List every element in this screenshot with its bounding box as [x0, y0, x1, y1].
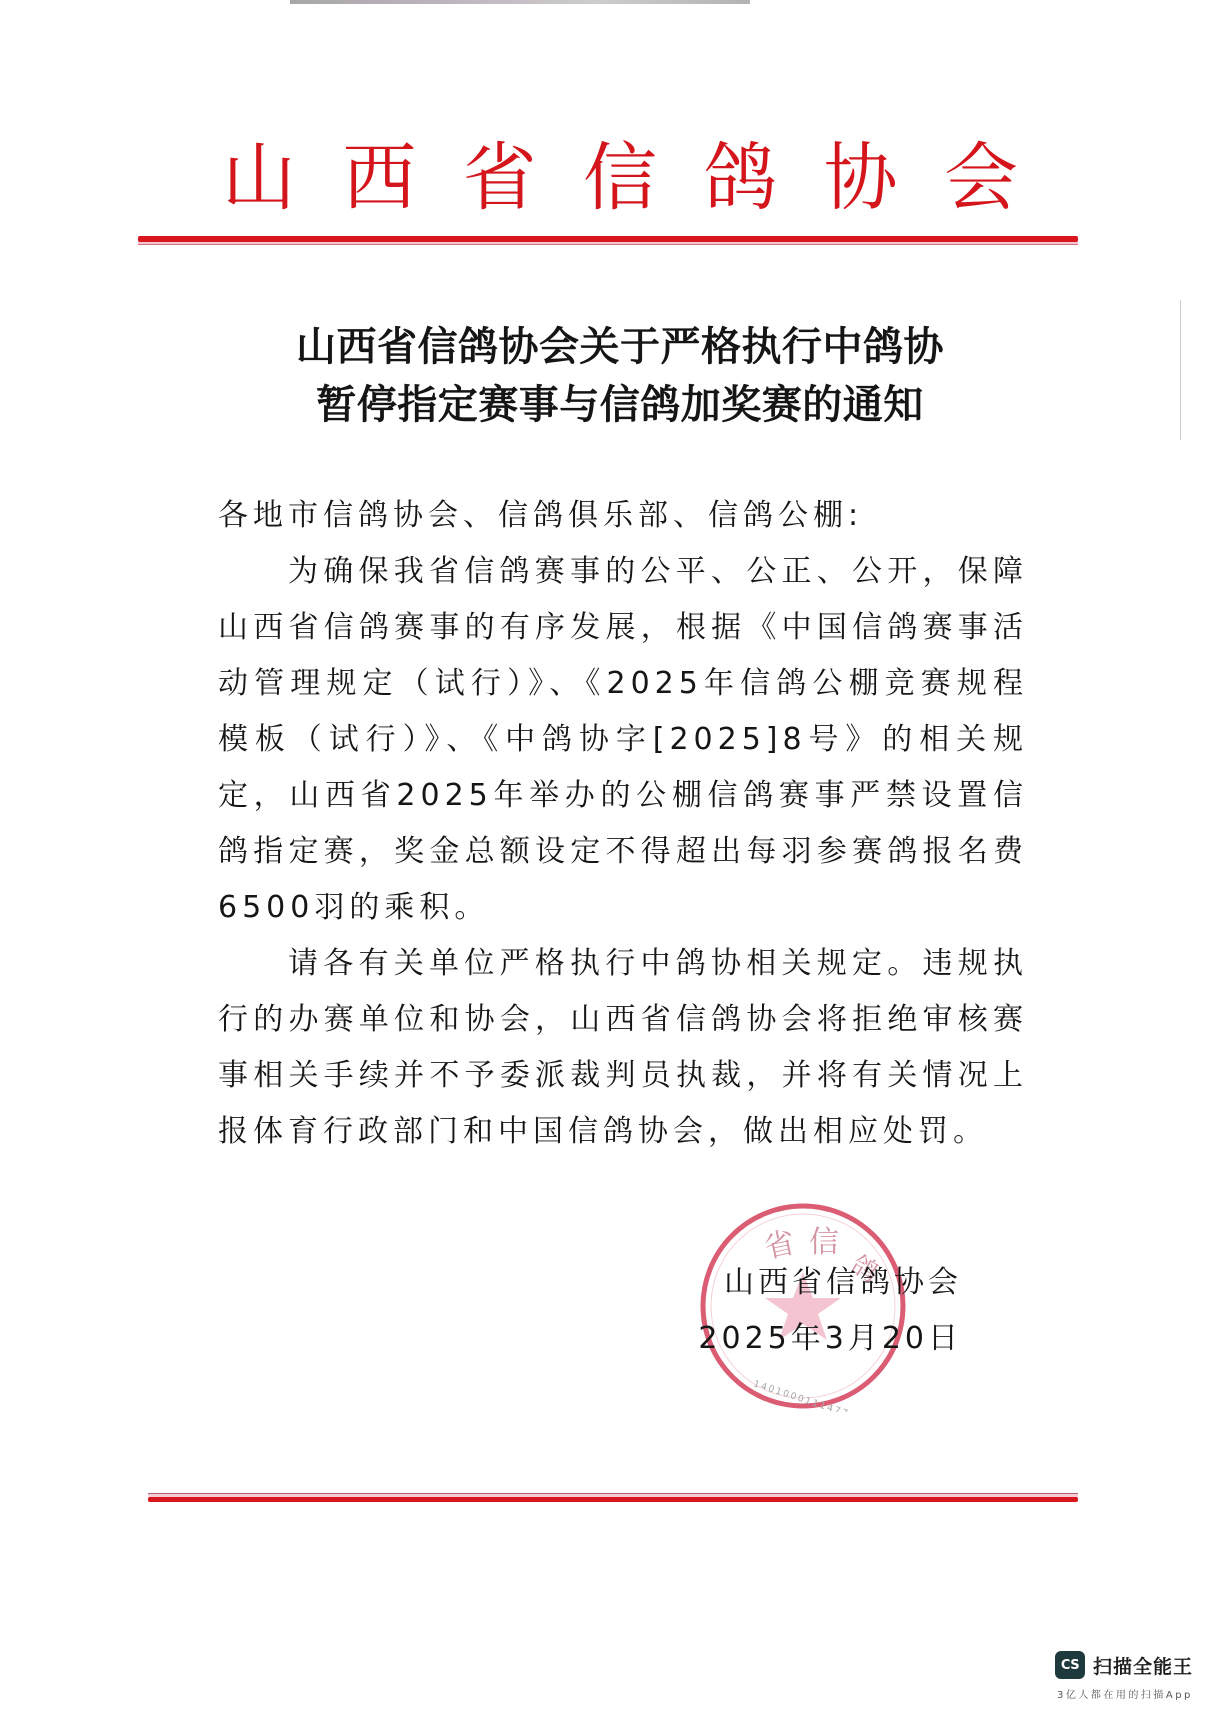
body-paragraph-2: 请各有关单位严格执行中鸽协相关规定。违规执行的办赛单位和协会，山西省信鸽协会将拒… [218, 936, 1028, 1160]
letterhead-red-rule [138, 236, 1078, 245]
letterhead-org-name: 山 西 省 信 鸽 协 会 [150, 128, 1070, 228]
signature-block: 山西省信鸽协会 2025年3月20日 [672, 1255, 962, 1367]
camscanner-watermark: CS 扫描全能王 3亿人都在用的扫描App [1055, 1651, 1215, 1711]
camscanner-logo-icon: CS [1055, 1651, 1085, 1679]
document-body: 各地市信鸽协会、信鸽俱乐部、信鸽公棚: 为确保我省信鸽赛事的公平、公正、公开，保… [218, 488, 1028, 1160]
letterhead-char: 信 [583, 141, 657, 215]
scan-edge-line [1180, 300, 1181, 440]
footer-red-rule [148, 1493, 1078, 1502]
document-title-line-1: 山西省信鸽协会关于严格执行中鸽协 [230, 318, 1010, 376]
signature-org: 山西省信鸽协会 [672, 1255, 962, 1311]
letterhead-char: 省 [463, 141, 537, 215]
letterhead-char: 协 [824, 141, 898, 215]
body-paragraph-1: 为确保我省信鸽赛事的公平、公正、公开，保障山西省信鸽赛事的有序发展，根据《中国信… [218, 544, 1028, 936]
document-title-line-2: 暂停指定赛事与信鸽加奖赛的通知 [230, 376, 1010, 434]
letterhead-char: 鸽 [703, 141, 777, 215]
letterhead-char: 西 [342, 141, 416, 215]
letterhead-char: 会 [944, 141, 1018, 215]
letterhead-char: 山 [222, 141, 296, 215]
document-title: 山西省信鸽协会关于严格执行中鸽协 暂停指定赛事与信鸽加奖赛的通知 [230, 318, 1010, 434]
scan-edge-shadow [290, 0, 750, 4]
watermark-app-name: 扫描全能王 [1093, 1652, 1193, 1679]
watermark-tagline: 3亿人都在用的扫描App [1055, 1686, 1215, 1701]
salutation: 各地市信鸽协会、信鸽俱乐部、信鸽公棚: [218, 488, 1028, 544]
signature-date: 2025年3月20日 [672, 1311, 962, 1367]
